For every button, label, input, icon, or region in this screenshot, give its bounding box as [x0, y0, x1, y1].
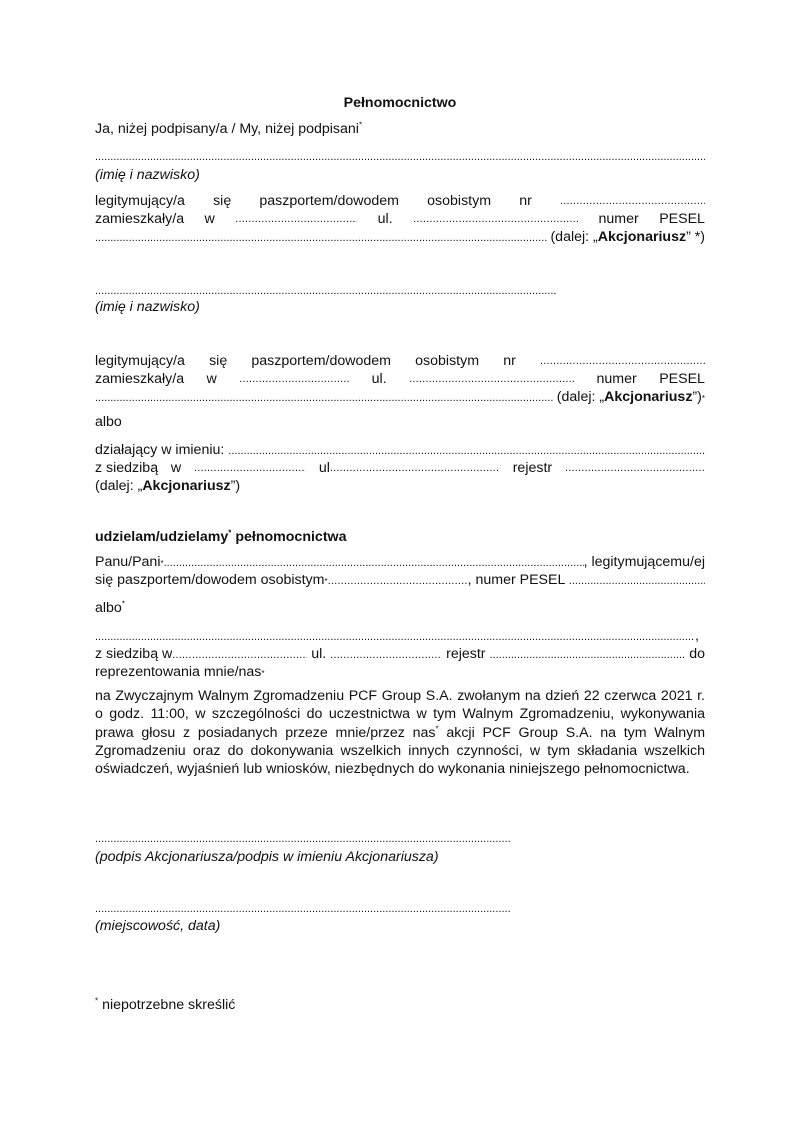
acting-on-behalf-label: działający w imieniu: — [95, 441, 224, 459]
shareholder-1-block: legitymujący/a się paszportem/dowodem os… — [95, 192, 705, 246]
word: paszportem/dowodem — [251, 352, 391, 370]
represent-label: reprezentowania mnie/nas — [95, 663, 261, 681]
word: legitymujący/a — [95, 352, 185, 370]
proxy-block: Panu/Pani* .............................… — [95, 553, 705, 589]
intro-text: Ja, niżej podpisany/a / My, niżej podpis… — [95, 121, 359, 137]
word: osobistym — [415, 352, 479, 370]
word: numer — [597, 370, 637, 388]
place-date-field[interactable]: ........................................… — [95, 900, 511, 918]
word: zamieszkały/a — [95, 210, 184, 228]
street-field[interactable]: ........................................… — [409, 370, 574, 388]
identified-label: , legitymującemu/ej — [584, 553, 705, 571]
or-label: albo — [95, 600, 122, 616]
proxy-city-field[interactable]: ........................................… — [172, 646, 307, 664]
word: PESEL — [659, 210, 705, 228]
proxy-or-line: albo* — [95, 599, 705, 617]
grant-heading-suffix: pełnomocnictwa — [231, 529, 346, 545]
word: legitymujący/a — [95, 192, 185, 210]
seat-label: z siedzibą — [95, 459, 158, 477]
seat-label: z siedzibą w — [95, 645, 172, 663]
dalej-suffix: ”) — [231, 477, 240, 495]
word: osobistym — [427, 192, 491, 210]
entity-line-2: z siedzibą w ...........................… — [95, 459, 705, 477]
street-label: ul. — [307, 645, 330, 663]
panu-label: Panu/Pani — [95, 553, 160, 571]
word: paszportem/dowodem — [259, 192, 399, 210]
proxy-line-1: Panu/Pani* .............................… — [95, 553, 705, 571]
dalej-prefix: (dalej: „ — [557, 388, 604, 406]
word: ul. — [372, 370, 387, 388]
footnote: * niepotrzebne skreślić — [95, 996, 705, 1014]
place-date-caption: (miejscowość, data) — [95, 917, 705, 935]
pesel-field[interactable]: ........................................… — [95, 389, 553, 407]
word: w — [171, 459, 181, 477]
street-field[interactable]: ........................................… — [413, 210, 578, 228]
proxy-entity-line: z siedzibą w ...........................… — [95, 645, 705, 663]
shareholder-1-line-2: zamieszkały/a w ........................… — [95, 210, 705, 228]
entity-name-field[interactable]: ........................................… — [228, 442, 705, 460]
dalej-suffix: ” *) — [686, 228, 705, 246]
city-field[interactable]: ........................................… — [235, 210, 357, 228]
entity-register-field[interactable]: ........................................… — [565, 459, 705, 477]
pesel-label: , numer PESEL — [468, 571, 569, 589]
proxy-register-field[interactable]: ........................................… — [489, 646, 685, 664]
entity-city-field[interactable]: ........................................… — [194, 459, 306, 477]
body-paragraph: na Zwyczajnym Walnym Zgromadzeniu PCF Gr… — [95, 687, 705, 778]
or-label: albo — [95, 413, 705, 431]
id-number-field[interactable]: ........................................… — [540, 352, 705, 370]
name-field-1[interactable]: ........................................… — [95, 148, 705, 166]
word: w — [205, 210, 215, 228]
shareholder-2-line-2: zamieszkały/a w ........................… — [95, 370, 705, 388]
word: nr — [503, 352, 516, 370]
word: w — [207, 370, 217, 388]
proxy-entity-field[interactable]: ........................................… — [95, 627, 699, 645]
word: się — [213, 192, 231, 210]
grant-heading: udzielam/udzielamy* pełnomocnictwa — [95, 528, 705, 546]
word: ul. — [378, 210, 393, 228]
pesel-field[interactable]: ........................................… — [95, 229, 547, 247]
entity-block: działający w imieniu: ..................… — [95, 441, 705, 495]
word: numer — [599, 210, 639, 228]
shareholder-2-line-1: legitymujący/a się paszportem/dowodem os… — [95, 352, 705, 370]
id-number-field[interactable]: ........................................… — [560, 192, 705, 210]
proxy-pesel-field[interactable]: ........................................… — [569, 572, 705, 590]
passport-label: się paszportem/dowodem osobistym — [95, 571, 324, 589]
dotted-line[interactable]: ........................................… — [95, 830, 511, 848]
dalej-prefix: (dalej: „ — [550, 228, 597, 246]
signature-caption: (podpis Akcjonariusza/podpis w imieniu A… — [95, 848, 705, 866]
do-label: do — [685, 645, 705, 663]
signature-field[interactable]: ........................................… — [95, 830, 511, 848]
proxy-entity-block: z siedzibą w ...........................… — [95, 645, 705, 681]
entity-street-field[interactable]: ........................................… — [330, 459, 500, 477]
dotted-line[interactable]: ........................................… — [95, 148, 705, 166]
shareholder-2-line-3: ........................................… — [95, 388, 705, 406]
asterisk-mark: * — [122, 599, 125, 608]
street-label: ul — [319, 460, 330, 476]
intro-line: Ja, niżej podpisany/a / My, niżej podpis… — [95, 120, 705, 138]
proxy-street-field[interactable]: ........................................… — [330, 646, 442, 664]
akcjonariusz-label: Akcjonariusz — [604, 388, 692, 406]
entity-line-1: działający w imieniu: ..................… — [95, 441, 705, 459]
register-label: rejestr — [442, 645, 489, 663]
grant-heading-text: udzielam/udzielamy — [95, 529, 228, 545]
word: nr — [519, 192, 532, 210]
footnote-text: niepotrzebne skreślić — [98, 997, 235, 1013]
name-caption-1: (imię i nazwisko) — [95, 166, 705, 184]
city-field[interactable]: ........................................… — [239, 370, 349, 388]
shareholder-1-line-3: ........................................… — [95, 228, 705, 246]
shareholder-2-block: legitymujący/a się paszportem/dowodem os… — [95, 352, 705, 406]
proxy-name-field[interactable]: ........................................… — [164, 554, 584, 572]
document-title: Pełnomocnictwo — [95, 94, 705, 112]
word: zamieszkały/a — [95, 370, 184, 388]
shareholder-1-line-1: legitymujący/a się paszportem/dowodem os… — [95, 192, 705, 210]
word: się — [209, 352, 227, 370]
dotted-line[interactable]: ........................................… — [95, 900, 511, 918]
asterisk-mark: * — [359, 120, 362, 129]
street-group: ul......................................… — [319, 459, 500, 477]
akcjonariusz-label: Akcjonariusz — [598, 228, 686, 246]
proxy-line-2: się paszportem/dowodem osobistym* ......… — [95, 571, 705, 589]
entity-line-3: (dalej: „Akcjonariusz”) — [95, 477, 705, 495]
dalej-suffix: ”) — [692, 388, 701, 406]
register-label: rejestr — [513, 459, 552, 477]
dotted-line[interactable]: ........................................… — [95, 628, 695, 646]
akcjonariusz-label: Akcjonariusz — [142, 477, 230, 495]
word: PESEL — [659, 370, 705, 388]
proxy-id-field[interactable]: ........................................… — [328, 572, 468, 590]
represent-line: reprezentowania mnie/nas* — [95, 663, 705, 681]
dalej-prefix: (dalej: „ — [95, 477, 142, 495]
name-caption-2: (imię i nazwisko) — [95, 298, 705, 316]
